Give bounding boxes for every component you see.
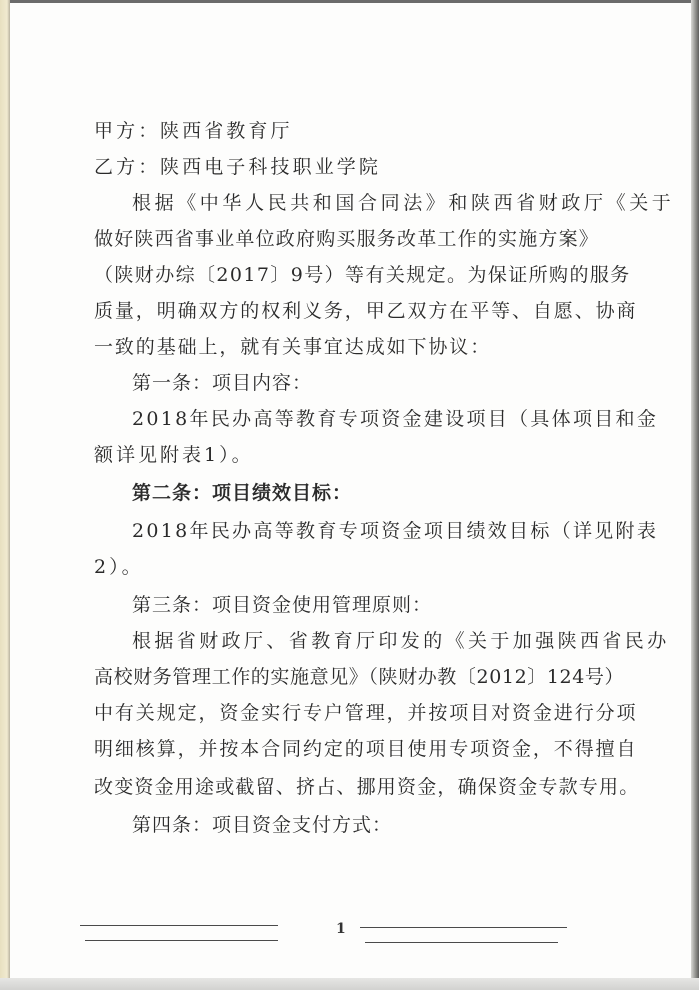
article-3-body: 根据省财政厅、省教育厅印发的《关于加强陕西省民办 [132, 629, 670, 653]
article-2-body: 2）。 [94, 555, 144, 579]
article-1-body: 额详见附表1）。 [94, 443, 254, 467]
page-number: 1 [336, 921, 346, 937]
article-1-heading: 第一条：项目内容： [132, 371, 312, 395]
party-b-value: 陕西电子科技职业学院 [160, 156, 381, 178]
article-3-body: 中有关规定，资金实行专户管理，并按项目对资金进行分项 [94, 701, 637, 725]
preamble-line: 做好陕西省事业单位政府购买服务改革工作的实施方案》 [94, 227, 599, 251]
article-2-body: 2018年民办高等教育专项资金项目绩效目标（详见附表 [132, 519, 658, 543]
article-3-heading: 第三条：项目资金使用管理原则： [132, 593, 432, 617]
party-a: 甲方：陕西省教育厅 [94, 119, 293, 143]
party-a-label: 甲方： [94, 119, 160, 143]
article-3-body: 改变资金用途或截留、挤占、挪用资金，确保资金专款专用。 [94, 775, 639, 799]
scan-bottom-edge [0, 978, 699, 990]
footer-rule-left-top [80, 925, 278, 926]
article-2-heading: 第二条：项目绩效目标： [132, 481, 352, 505]
preamble-line: 根据《中华人民共和国合同法》和陕西省财政厅《关于 [132, 191, 674, 215]
article-3-body: 高校财务管理工作的实施意见》（陕财办教〔2012〕124号） [94, 665, 624, 689]
party-a-value: 陕西省教育厅 [160, 120, 293, 142]
footer-rule-left-bottom [85, 940, 278, 941]
preamble-line: 质量，明确双方的权利义务，甲乙双方在平等、自愿、协商 [94, 299, 637, 323]
party-b-label: 乙方： [94, 155, 160, 179]
footer-rule-right-bottom [365, 942, 558, 943]
document-page: 甲方：陕西省教育厅 乙方：陕西电子科技职业学院 根据《中华人民共和国合同法》和陕… [10, 3, 691, 978]
footer-rule-right-top [360, 927, 567, 928]
scan-left-edge [0, 0, 10, 990]
preamble-line: 一致的基础上，就有关事宜达成如下协议： [94, 335, 491, 359]
preamble-line: （陕财办综〔2017〕9号）等有关规定。为保证所购的服务 [94, 263, 631, 287]
article-3-body: 明细核算，并按本合同约定的项目使用专项资金，不得擅自 [94, 737, 637, 761]
article-1-body: 2018年民办高等教育专项资金建设项目（具体项目和金 [132, 407, 658, 431]
scan-right-edge [691, 0, 699, 990]
article-4-heading: 第四条：项目资金支付方式： [132, 813, 392, 837]
party-b: 乙方：陕西电子科技职业学院 [94, 155, 381, 179]
